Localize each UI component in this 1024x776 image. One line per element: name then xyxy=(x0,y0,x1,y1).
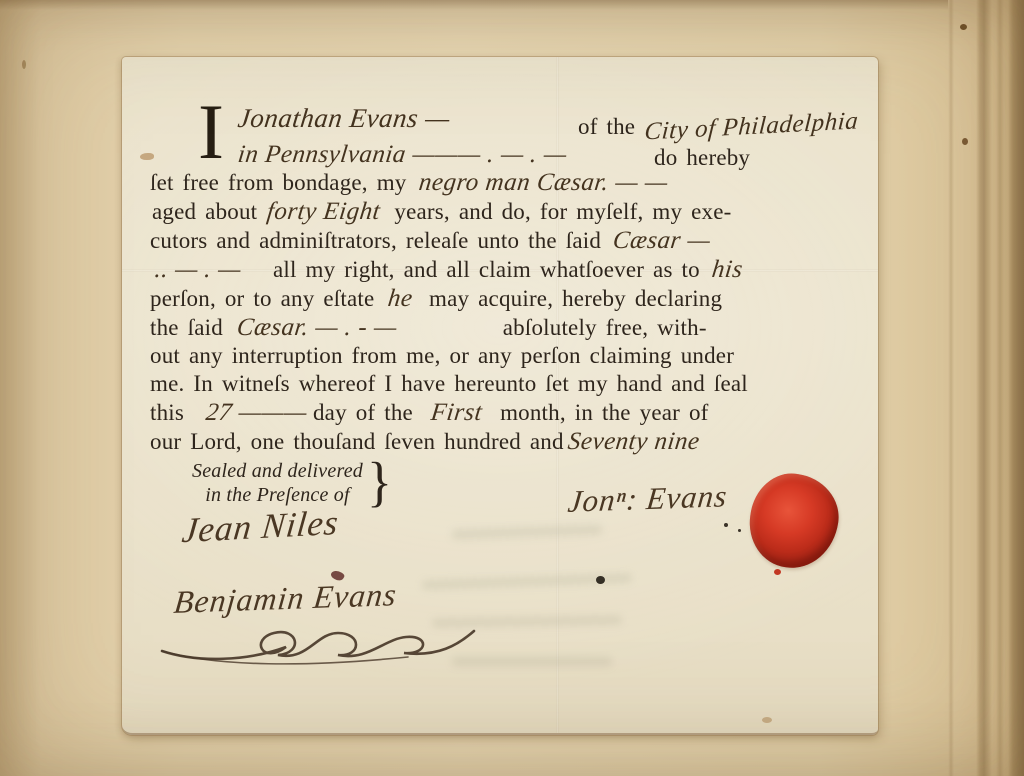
body-line-12: our Lord, one thouſand ſeven hundred and… xyxy=(150,428,699,456)
handwritten-freed-person: negro man Cæsar. — — xyxy=(417,169,669,197)
signature-witness-1: Jean Niles xyxy=(180,503,341,551)
printed-text: abſolutely free, with- xyxy=(503,315,707,340)
red-wax-seal xyxy=(744,468,844,573)
printed-text: of the xyxy=(578,114,635,139)
printed-text: our Lord, one thouſand ſeven hundred and xyxy=(150,429,564,454)
body-line-5: cutors and adminiſtrators, releaſe unto … xyxy=(150,227,710,255)
body-line-7: perſon, or to any eſtate he may acquire,… xyxy=(150,285,722,313)
handwritten-pronoun: his xyxy=(710,256,744,284)
printed-text: out any interruption from me, or any per… xyxy=(150,343,734,368)
body-line-3: ſet free from bondage, my negro man Cæsa… xyxy=(150,169,667,197)
printed-text: month, in the year of xyxy=(500,400,708,425)
printed-text: years, and do, for myſelf, my exe- xyxy=(394,199,731,224)
body-line-1: Jonathan Evans — xyxy=(238,103,450,134)
printed-text: aged about xyxy=(152,199,257,224)
handwritten-name: Cæsar. — . - — xyxy=(235,314,398,342)
handwritten-grantor-name: Jonathan Evans — xyxy=(236,103,452,134)
paper-stain xyxy=(762,717,772,723)
page-edge-speck xyxy=(962,138,968,145)
body-line-8: the ſaid Cæsar. — . - — abſolutely free,… xyxy=(150,314,707,342)
dropcap-initial: I xyxy=(198,95,224,169)
handwritten-month: First xyxy=(429,399,484,427)
page-speck xyxy=(22,60,26,69)
handwritten-age: forty Eight xyxy=(266,198,383,226)
body-line-9: out any interruption from me, or any per… xyxy=(150,343,734,369)
printed-text: may acquire, hereby declaring xyxy=(429,286,722,311)
attestation-brace: } xyxy=(367,452,392,514)
red-wax-droplet xyxy=(774,569,781,575)
page-edge-speck xyxy=(960,24,967,30)
photo-of-bound-manumission-document: I Jonathan Evans — of the City of Philad… xyxy=(0,0,1024,776)
printed-text: do hereby xyxy=(654,145,750,170)
show-through-text xyxy=(422,573,632,589)
printed-text: the ſaid xyxy=(150,315,223,340)
printed-text: this xyxy=(150,400,184,425)
attestation-block: Sealed and delivered in the Preſence of … xyxy=(192,453,392,512)
printed-text: all my right, and all claim whatſoever a… xyxy=(273,257,700,282)
ink-speck xyxy=(724,523,728,527)
handwritten-place: City of Philadelphia xyxy=(644,107,860,146)
handwritten-dashes: .. — . — xyxy=(153,256,242,284)
printed-text: day of the xyxy=(313,400,413,425)
printed-text: cutors and adminiſtrators, releaſe unto … xyxy=(150,228,601,253)
body-line-2: in Pennsylvania ——— . — . — xyxy=(238,141,567,169)
handwritten-year: Seventy nine xyxy=(566,428,701,456)
handwritten-name: Cæsar — xyxy=(611,227,712,255)
handwritten-pronoun: he xyxy=(387,285,415,313)
handwritten-day: 27 ——— xyxy=(204,399,308,427)
handwritten-province: in Pennsylvania ——— . — . — xyxy=(236,141,568,169)
signature-principal: Jonⁿ: Evans xyxy=(566,478,729,520)
manumission-document-sheet: I Jonathan Evans — of the City of Philad… xyxy=(122,57,878,735)
body-line-4: aged about forty Eight years, and do, fo… xyxy=(152,198,732,226)
show-through-text xyxy=(452,524,602,539)
body-line-6: .. — . — all my right, and all claim wha… xyxy=(155,256,743,284)
printed-text: perſon, or to any eſtate xyxy=(150,286,374,311)
printed-text: ſet free from bondage, my xyxy=(150,170,407,195)
book-page-edges xyxy=(948,0,1024,776)
book-top-edge-shadow xyxy=(0,0,1024,10)
attestation-line-1: Sealed and delivered xyxy=(192,459,363,483)
paper-stain xyxy=(140,153,154,160)
printed-text: me. In witneſs whereof I have hereunto ſ… xyxy=(150,371,748,396)
ink-speck xyxy=(738,529,741,532)
body-line-2-right: do hereby xyxy=(654,145,750,171)
body-line-11: this 27 ——— day of the First month, in t… xyxy=(150,399,709,427)
body-line-10: me. In witneſs whereof I have hereunto ſ… xyxy=(150,371,748,397)
body-line-1-right: of the City of Philadelphia xyxy=(578,113,858,141)
signature-flourish xyxy=(158,609,478,671)
